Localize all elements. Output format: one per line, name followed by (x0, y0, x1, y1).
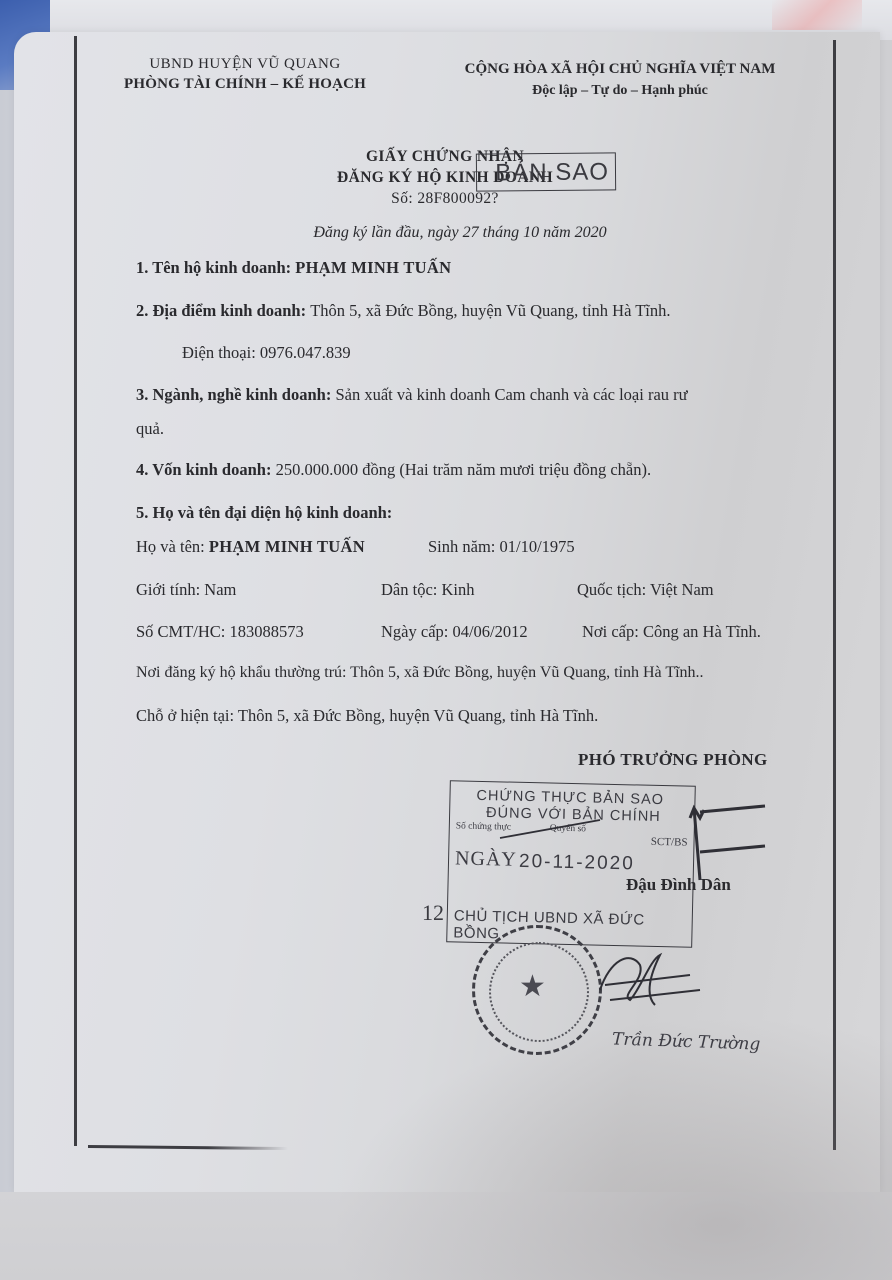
section-3: 3. Ngành, nghề kinh doanh: Sản xuất và k… (136, 385, 688, 405)
book-code: SCT/BS (651, 836, 688, 849)
rep-ethnicity: Dân tộc: Kinh (381, 580, 474, 600)
rep-issue-place: Nơi cấp: Công an Hà Tĩnh. (582, 622, 761, 642)
rep-birth: Sinh năm: 01/10/1975 (428, 537, 575, 557)
rep-gender: Giới tính: Nam (136, 580, 236, 600)
section-2-label: 2. Địa điểm kinh doanh: (136, 301, 310, 320)
registration-date: Đăng ký lần đầu, ngày 27 tháng 10 năm 20… (270, 224, 650, 242)
capital: 250.000.000 đồng (Hai trăm năm mươi triệ… (276, 460, 652, 479)
official-seal: ★ (472, 925, 602, 1055)
rep-nationality: Quốc tịch: Việt Nam (577, 580, 714, 600)
page-bottom-edge (0, 1192, 892, 1280)
business-name: PHẠM MINH TUẤN (295, 258, 451, 277)
section-4-label: 4. Vốn kinh doanh: (136, 460, 276, 479)
business-line: Sản xuất và kinh doanh Cam chanh và các … (335, 385, 687, 404)
rep-permanent-residence: Nơi đăng ký hộ khẩu thường trú: Thôn 5, … (136, 664, 704, 682)
date-value: 20-11-2020 (519, 851, 635, 876)
national-motto: CỘNG HÒA XÃ HỘI CHỦ NGHĨA VIỆT NAM Độc l… (420, 58, 820, 102)
section-1: 1. Tên hộ kinh doanh: PHẠM MINH TUẤN (136, 258, 451, 278)
section-5: 5. Họ và tên đại diện hộ kinh doanh: (136, 503, 392, 523)
frame-border-right (833, 40, 836, 1150)
signer-name: Đậu Đình Dân (626, 875, 731, 895)
rep-name-label: Họ và tên: (136, 537, 209, 556)
rep-issue-date: Ngày cấp: 04/06/2012 (381, 622, 528, 642)
business-address: Thôn 5, xã Đức Bồng, huyện Vũ Quang, tỉn… (310, 301, 670, 320)
rep-name-value: PHẠM MINH TUẤN (209, 537, 365, 556)
country-name: CỘNG HÒA XÃ HỘI CHỦ NGHĨA VIỆT NAM (420, 58, 820, 80)
business-line-cont: quả. (136, 419, 164, 439)
signer-title: PHÓ TRƯỞNG PHÒNG (578, 750, 768, 770)
pink-mark (772, 0, 862, 30)
issuing-agency: UBND HUYỆN VŨ QUANG PHÒNG TÀI CHÍNH – KẾ… (100, 54, 390, 94)
cert-line-2: ĐÚNG VỚI BẢN CHÍNH (486, 805, 661, 825)
rep-name: Họ và tên: PHẠM MINH TUẤN (136, 537, 365, 557)
section-4: 4. Vốn kinh doanh: 250.000.000 đồng (Hai… (136, 460, 651, 480)
date-label: NGÀY (455, 847, 517, 871)
rep-id-number: Số CMT/HC: 183088573 (136, 622, 304, 642)
copy-stamp: BẢN SAO (476, 152, 616, 191)
agency-line-2: PHÒNG TÀI CHÍNH – KẾ HOẠCH (100, 74, 390, 94)
section-3-label: 3. Ngành, nghề kinh doanh: (136, 385, 335, 404)
certification-stamp: CHỨNG THỰC BẢN SAO ĐÚNG VỚI BẢN CHÍNH Số… (446, 780, 696, 948)
cert-no-label: Số chứng thực (456, 821, 511, 832)
phone: Điện thoại: 0976.047.839 (182, 343, 351, 363)
margin-mark: 12 (422, 900, 444, 926)
rep-current-residence: Chỗ ở hiện tại: Thôn 5, xã Đức Bồng, huy… (136, 706, 598, 726)
section-2: 2. Địa điểm kinh doanh: Thôn 5, xã Đức B… (136, 301, 671, 321)
book-label: Quyển số (550, 824, 586, 835)
seal-star-icon: ★ (519, 972, 546, 1002)
section-5-label: 5. Họ và tên đại diện hộ kinh doanh: (136, 503, 392, 522)
frame-border-left (74, 36, 77, 1146)
motto: Độc lập – Tự do – Hạnh phúc (420, 80, 820, 102)
agency-line-1: UBND HUYỆN VŨ QUANG (100, 54, 390, 74)
section-1-label: 1. Tên hộ kinh doanh: (136, 258, 295, 277)
